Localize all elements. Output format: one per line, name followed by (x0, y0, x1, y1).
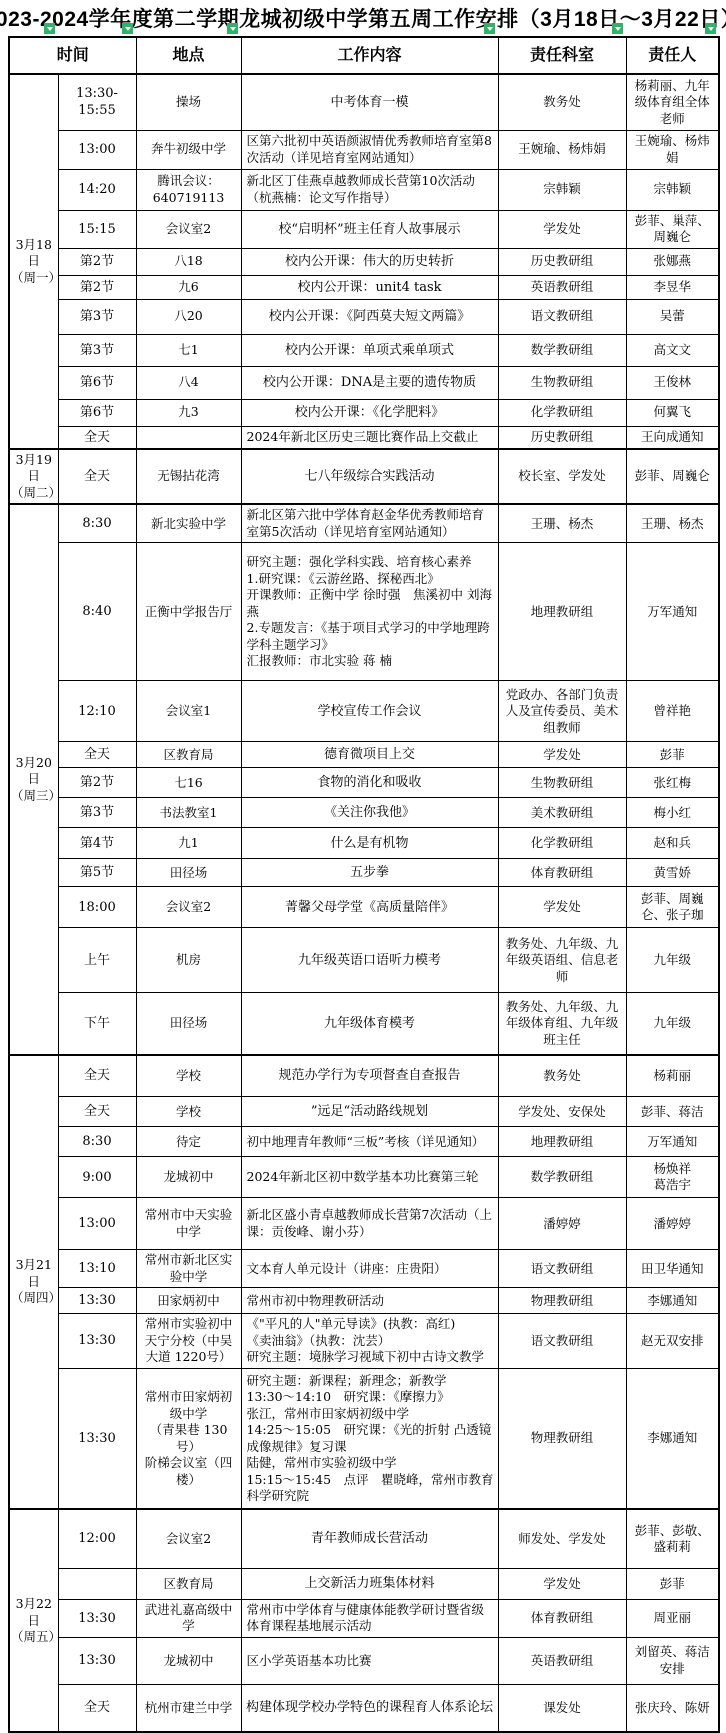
person-cell[interactable]: 赵和兵 (626, 828, 719, 859)
time-cell[interactable]: 12:10 (58, 681, 136, 742)
date-cell[interactable]: 3月22日 （周五） (9, 1509, 58, 1732)
person-cell[interactable]: 赵无双安排 (626, 1314, 719, 1369)
dept-cell[interactable]: 生物教研组 (498, 366, 626, 399)
table-row: 13:30常州市实验初中天宁分校（中吴大道 1220号）《"平凡的人"单元导读》… (9, 1314, 719, 1369)
person-cell[interactable]: 王俊林 (626, 366, 719, 399)
place-cell[interactable]: 书法教室1 (136, 798, 241, 828)
place-cell[interactable]: 八4 (136, 366, 241, 399)
header-place[interactable]: 地点 (136, 37, 241, 74)
table-row: 全天2024年新北区历史三题比赛作品上交截止历史教研组王向成通知 (9, 426, 719, 449)
time-cell[interactable] (58, 1568, 136, 1599)
place-cell[interactable]: 奔牛初级中学 (136, 130, 241, 169)
content-cell[interactable]: 新北区丁佳燕卓越教师成长营第10次活动（杭燕楠：论文写作指导） (241, 169, 498, 210)
place-cell[interactable]: 杭州市建兰中学 (136, 1684, 241, 1732)
person-cell[interactable]: 李娜通知 (626, 1288, 719, 1314)
person-cell[interactable]: 梅小红 (626, 798, 719, 828)
time-cell[interactable]: 第2节 (58, 248, 136, 275)
time-cell[interactable]: 13:30 (58, 1288, 136, 1314)
table-row: 第4节九1什么是有机物化学教研组赵和兵 (9, 828, 719, 859)
place-cell[interactable]: 田径场 (136, 993, 241, 1055)
person-cell[interactable]: 张娜燕 (626, 248, 719, 275)
dept-cell[interactable]: 语文教研组 (498, 1250, 626, 1288)
time-cell[interactable]: 下午 (58, 993, 136, 1055)
content-cell[interactable]: 食物的消化和吸收 (241, 768, 498, 798)
time-cell[interactable]: 13:10 (58, 1250, 136, 1288)
table-row: 8:30待定初中地理青年教师“三板”考核（详见通知）地理教研组万军通知 (9, 1127, 719, 1157)
time-cell[interactable]: 12:00 (58, 1509, 136, 1568)
dept-cell[interactable]: 英语教研组 (498, 1637, 626, 1684)
content-cell[interactable]: 初中地理青年教师“三板”考核（详见通知） (241, 1127, 498, 1157)
place-cell[interactable]: 腾讯会议： 640719113 (136, 169, 241, 210)
dept-cell[interactable]: 体育教研组 (498, 859, 626, 887)
date-cell[interactable]: 3月18日 （周一） (9, 74, 58, 449)
autofilter-dropdown-icon[interactable] (612, 23, 623, 34)
time-cell[interactable]: 第6节 (58, 366, 136, 399)
dept-cell[interactable]: 语文教研组 (498, 1314, 626, 1369)
table-row: 13:30田家炳初中常州市初中物理教研活动物理教研组李娜通知 (9, 1288, 719, 1314)
table-row: 第3节八20校内公开课：《阿西莫夫短文两篇》语文教研组吴蕾 (9, 299, 719, 334)
dept-cell[interactable]: 学发处 (498, 1568, 626, 1599)
content-cell[interactable]: 校内公开课：《化学肥料》 (241, 399, 498, 426)
place-cell[interactable]: 武进礼嘉高级中学 (136, 1599, 241, 1637)
place-cell[interactable]: 九1 (136, 828, 241, 859)
place-cell[interactable]: 会议室2 (136, 887, 241, 928)
header-dept[interactable]: 责任科室 (498, 37, 626, 74)
place-cell[interactable]: 九6 (136, 275, 241, 299)
person-cell[interactable]: 周亚丽 (626, 1599, 719, 1637)
person-cell[interactable]: 何翼飞 (626, 399, 719, 426)
dept-cell[interactable]: 生物教研组 (498, 768, 626, 798)
place-cell[interactable]: 区教育局 (136, 1568, 241, 1599)
dept-cell[interactable]: 学发处 (498, 887, 626, 928)
schedule-table: 时间 地点 工作内容 责任科室 责任人 3月18日 （周一）13:30- 15:… (8, 36, 720, 1733)
place-cell[interactable]: 常州市实验初中天宁分校（中吴大道 1220号） (136, 1314, 241, 1369)
person-cell[interactable]: 万军通知 (626, 1127, 719, 1157)
time-cell[interactable]: 第4节 (58, 828, 136, 859)
time-cell[interactable]: 8:40 (58, 543, 136, 681)
person-cell[interactable]: 彭菲、周巍仑 (626, 449, 719, 505)
content-cell[interactable]: 校内公开课：伟大的历史转折 (241, 248, 498, 275)
time-cell[interactable]: 15:15 (58, 210, 136, 248)
person-cell[interactable]: 李昱华 (626, 275, 719, 299)
place-cell[interactable]: 区教育局 (136, 742, 241, 768)
autofilter-dropdown-icon[interactable] (227, 23, 238, 34)
table-row: 15:15会议室2校“启明杯”班主任育人故事展示学发处彭菲、巢萍、周巍仑 (9, 210, 719, 248)
time-cell[interactable]: 全天 (58, 742, 136, 768)
content-cell[interactable]: 什么是有机物 (241, 828, 498, 859)
person-cell[interactable]: 张庆玲、陈妍 (626, 1684, 719, 1732)
place-cell[interactable]: 田径场 (136, 859, 241, 887)
table-row: 第2节七16食物的消化和吸收生物教研组张红梅 (9, 768, 719, 798)
header-content[interactable]: 工作内容 (241, 37, 498, 74)
time-cell[interactable]: 第3节 (58, 299, 136, 334)
content-cell[interactable]: 常州市初中物理教研活动 (241, 1288, 498, 1314)
table-row: 全天杭州市建兰中学构建体现学校办学特色的课程育人体系论坛课发处张庆玲、陈妍 (9, 1684, 719, 1732)
table-row: 13:10常州市新北区实验中学文本育人单元设计（讲座：庄贵阳）语文教研组田卫华通… (9, 1250, 719, 1288)
content-cell[interactable]: 校内公开课：unit4 task (241, 275, 498, 299)
person-cell[interactable]: 李娜通知 (626, 1368, 719, 1509)
time-cell[interactable]: 第6节 (58, 399, 136, 426)
dept-cell[interactable]: 物理教研组 (498, 1288, 626, 1314)
person-cell[interactable]: 吴蕾 (626, 299, 719, 334)
person-cell[interactable]: 万军通知 (626, 543, 719, 681)
autofilter-dropdown-icon[interactable] (44, 23, 55, 34)
time-cell[interactable]: 8:30 (58, 504, 136, 543)
person-cell[interactable]: 九年级 (626, 928, 719, 993)
content-cell[interactable]: 学校宣传工作会议 (241, 681, 498, 742)
content-cell[interactable]: 七八年级综合实践活动 (241, 449, 498, 505)
time-cell[interactable]: 13:30 (58, 1637, 136, 1684)
place-cell[interactable]: 常州市中天实验中学 (136, 1198, 241, 1250)
content-cell[interactable]: 青年教师成长营活动 (241, 1509, 498, 1568)
time-cell[interactable]: 上午 (58, 928, 136, 993)
place-cell[interactable]: 正衡中学报告厅 (136, 543, 241, 681)
place-cell[interactable]: 学校 (136, 1097, 241, 1127)
place-cell[interactable] (136, 426, 241, 449)
header-row: 时间 地点 工作内容 责任科室 责任人 (9, 37, 719, 74)
dept-cell[interactable]: 教务处 (498, 74, 626, 130)
date-cell[interactable]: 3月20日 （周三） (9, 504, 58, 1055)
dept-cell[interactable]: 学发处、安保处 (498, 1097, 626, 1127)
dept-cell[interactable]: 宗韩颖 (498, 169, 626, 210)
content-cell[interactable]: 上交新活力班集体材料 (241, 1568, 498, 1599)
person-cell[interactable]: 黄雪娇 (626, 859, 719, 887)
table-row: 第3节七1校内公开课：单项式乘单项式数学教研组高文文 (9, 334, 719, 366)
content-cell[interactable]: 新北区盛小青卓越教师成长营第7次活动（上课：贡俊峰、谢小芬） (241, 1198, 498, 1250)
person-cell[interactable]: 张红梅 (626, 768, 719, 798)
time-cell[interactable]: 第5节 (58, 859, 136, 887)
place-cell[interactable]: 会议室2 (136, 210, 241, 248)
time-cell[interactable]: 13:30 (58, 1314, 136, 1369)
dept-cell[interactable]: 化学教研组 (498, 828, 626, 859)
person-cell[interactable]: 杨莉丽、九年级体育组全体老师 (626, 74, 719, 130)
dept-cell[interactable]: 美术教研组 (498, 798, 626, 828)
table-row: 8:40正衡中学报告厅研究主题：强化学科实践、培育核心素养 1.研究课：《云游丝… (9, 543, 719, 681)
person-cell[interactable]: 杨莉丽 (626, 1055, 719, 1097)
time-cell[interactable]: 13:30 (58, 1599, 136, 1637)
person-cell[interactable]: 潘婷婷 (626, 1198, 719, 1250)
person-cell[interactable]: 彭菲、巢萍、周巍仑 (626, 210, 719, 248)
dept-cell[interactable]: 校长室、学发处 (498, 449, 626, 505)
person-cell[interactable]: 刘留英、蒋洁安排 (626, 1637, 719, 1684)
table-row: 3月22日 （周五）12:00会议室2青年教师成长营活动师发处、学发处彭菲、彭敬… (9, 1509, 719, 1568)
dept-cell[interactable]: 地理教研组 (498, 543, 626, 681)
time-cell[interactable]: 第2节 (58, 768, 136, 798)
content-cell[interactable]: 研究主题：新课程；新理念；新教学 13:30～14:10 研究课：《摩擦力》 张… (241, 1368, 498, 1509)
content-cell[interactable]: 九年级体育模考 (241, 993, 498, 1055)
time-cell[interactable]: 全天 (58, 449, 136, 505)
dept-cell[interactable]: 党政办、各部门负责人及宣传委员、美术组教师 (498, 681, 626, 742)
dept-cell[interactable]: 潘婷婷 (498, 1198, 626, 1250)
place-cell[interactable]: 常州市新北区实验中学 (136, 1250, 241, 1288)
content-cell[interactable]: 中考体育一模 (241, 74, 498, 130)
table-row: 上午机房九年级英语口语听力模考教务处、九年级、九年级英语组、信息老师九年级 (9, 928, 719, 993)
table-row: 3月20日 （周三）8:30新北实验中学新北区第六批中学体育赵金华优秀教师培育室… (9, 504, 719, 543)
place-cell[interactable]: 操场 (136, 74, 241, 130)
table-row: 第6节九3校内公开课：《化学肥料》化学教研组何翼飞 (9, 399, 719, 426)
time-cell[interactable]: 全天 (58, 1097, 136, 1127)
table-row: 3月18日 （周一）13:30- 15:55操场中考体育一模教务处杨莉丽、九年级… (9, 74, 719, 130)
place-cell[interactable]: 常州市田家炳初级中学 （青果巷 130号） 阶梯会议室（四楼） (136, 1368, 241, 1509)
table-row: 18:00会议室2菁馨父母学堂《高质量陪伴》学发处彭菲、周巍仑、张子珈 (9, 887, 719, 928)
table-row: 13:00奔牛初级中学区第六批初中英语颜淑情优秀教师培育室第8次活动（详见培育室… (9, 130, 719, 169)
header-time[interactable]: 时间 (9, 37, 136, 74)
table-row: 9:00龙城初中2024年新北区初中数学基本功比赛第三轮数学教研组杨焕祥 葛浩宇 (9, 1157, 719, 1198)
dept-cell[interactable]: 体育教研组 (498, 1599, 626, 1637)
table-row: 第2节九6校内公开课：unit4 task英语教研组李昱华 (9, 275, 719, 299)
table-row: 13:30武进礼嘉高级中学常州市中学体育与健康体能教学研讨暨省级体育课程基地展示… (9, 1599, 719, 1637)
person-cell[interactable]: 彭菲 (626, 742, 719, 768)
content-cell[interactable]: 校内公开课：单项式乘单项式 (241, 334, 498, 366)
content-cell[interactable]: 研究主题：强化学科实践、培育核心素养 1.研究课：《云游丝路、探秘西北》 开课教… (241, 543, 498, 681)
content-cell[interactable]: 《关注你我他》 (241, 798, 498, 828)
time-cell[interactable]: 全天 (58, 1684, 136, 1732)
spreadsheet: 2023-2024学年度第二学期龙城初级中学第五周工作安排（3月18日～3月22… (0, 0, 726, 1733)
time-cell[interactable]: 全天 (58, 1055, 136, 1097)
dept-cell[interactable]: 化学教研组 (498, 399, 626, 426)
time-cell[interactable]: 14:20 (58, 169, 136, 210)
dept-cell[interactable]: 课发处 (498, 1684, 626, 1732)
content-cell[interactable]: 菁馨父母学堂《高质量陪伴》 (241, 887, 498, 928)
person-cell[interactable]: 彭菲、彭敬、盛莉莉 (626, 1509, 719, 1568)
table-row: 全天学校”远足“活动路线规划学发处、安保处彭菲、蒋洁 (9, 1097, 719, 1127)
dept-cell[interactable]: 教务处 (498, 1055, 626, 1097)
time-cell[interactable]: 第3节 (58, 334, 136, 366)
table-row: 3月19日 （周二）全天无锡拈花湾七八年级综合实践活动校长室、学发处彭菲、周巍仑 (9, 449, 719, 505)
table-row: 14:20腾讯会议： 640719113新北区丁佳燕卓越教师成长营第10次活动（… (9, 169, 719, 210)
table-row: 第5节田径场五步拳体育教研组黄雪娇 (9, 859, 719, 887)
content-cell[interactable]: 五步拳 (241, 859, 498, 887)
table-row: 第3节书法教室1《关注你我他》美术教研组梅小红 (9, 798, 719, 828)
dept-cell[interactable]: 数学教研组 (498, 1157, 626, 1198)
content-cell[interactable]: 校内公开课：DNA是主要的遗传物质 (241, 366, 498, 399)
dept-cell[interactable]: 王珊、杨杰 (498, 504, 626, 543)
schedule-body: 3月18日 （周一）13:30- 15:55操场中考体育一模教务处杨莉丽、九年级… (9, 74, 719, 1732)
dept-cell[interactable]: 地理教研组 (498, 1127, 626, 1157)
place-cell[interactable]: 会议室1 (136, 681, 241, 742)
content-cell[interactable]: 文本育人单元设计（讲座：庄贵阳） (241, 1250, 498, 1288)
dept-cell[interactable]: 师发处、学发处 (498, 1509, 626, 1568)
autofilter-dropdown-icon[interactable] (484, 23, 495, 34)
content-cell[interactable]: 2024年新北区初中数学基本功比赛第三轮 (241, 1157, 498, 1198)
content-cell[interactable]: 规范办学行为专项督查自查报告 (241, 1055, 498, 1097)
content-cell[interactable]: 2024年新北区历史三题比赛作品上交截止 (241, 426, 498, 449)
content-cell[interactable]: 《"平凡的人"单元导读》(执教：高红) 《卖油翁》（执教：沈芸） 研究主题：境脉… (241, 1314, 498, 1369)
place-cell[interactable]: 新北实验中学 (136, 504, 241, 543)
table-row: 下午田径场九年级体育模考教务处、九年级、九年级体育组、九年级班主任九年级 (9, 993, 719, 1055)
table-row: 区教育局上交新活力班集体材料学发处彭菲 (9, 1568, 719, 1599)
dept-cell[interactable]: 教务处、九年级、九年级英语组、信息老师 (498, 928, 626, 993)
table-row: 12:10会议室1学校宣传工作会议党政办、各部门负责人及宣传委员、美术组教师曾祥… (9, 681, 719, 742)
place-cell[interactable]: 八18 (136, 248, 241, 275)
title-band: 2023-2024学年度第二学期龙城初级中学第五周工作安排（3月18日～3月22… (0, 0, 726, 36)
dept-cell[interactable]: 语文教研组 (498, 299, 626, 334)
table-row: 第6节八4校内公开课：DNA是主要的遗传物质生物教研组王俊林 (9, 366, 719, 399)
table-row: 13:00常州市中天实验中学新北区盛小青卓越教师成长营第7次活动（上课：贡俊峰、… (9, 1198, 719, 1250)
person-cell[interactable]: 宗韩颖 (626, 169, 719, 210)
place-cell[interactable]: 待定 (136, 1127, 241, 1157)
dept-cell[interactable]: 教务处、九年级、九年级体育组、九年级班主任 (498, 993, 626, 1055)
content-cell[interactable]: 新北区第六批中学体育赵金华优秀教师培育室第5次活动（详见培育室网站通知） (241, 504, 498, 543)
place-cell[interactable]: 九3 (136, 399, 241, 426)
time-cell[interactable]: 9:00 (58, 1157, 136, 1198)
place-cell[interactable]: 机房 (136, 928, 241, 993)
place-cell[interactable]: 田家炳初中 (136, 1288, 241, 1314)
time-cell[interactable]: 13:00 (58, 130, 136, 169)
time-cell[interactable]: 18:00 (58, 887, 136, 928)
person-cell[interactable]: 田卫华通知 (626, 1250, 719, 1288)
date-cell[interactable]: 3月21日 （周四） (9, 1055, 58, 1510)
place-cell[interactable]: 八20 (136, 299, 241, 334)
dept-cell[interactable]: 王婉瑜、杨炜娟 (498, 130, 626, 169)
content-cell[interactable]: 常州市中学体育与健康体能教学研讨暨省级体育课程基地展示活动 (241, 1599, 498, 1637)
content-cell[interactable]: 校“启明杯”班主任育人故事展示 (241, 210, 498, 248)
person-cell[interactable]: 彭菲、蒋洁 (626, 1097, 719, 1127)
place-cell[interactable]: 无锡拈花湾 (136, 449, 241, 505)
content-cell[interactable]: 区第六批初中英语颜淑情优秀教师培育室第8次活动（详见培育室网站通知） (241, 130, 498, 169)
dept-cell[interactable]: 历史教研组 (498, 248, 626, 275)
date-cell[interactable]: 3月19日 （周二） (9, 449, 58, 505)
time-cell[interactable]: 8:30 (58, 1127, 136, 1157)
place-cell[interactable]: 七1 (136, 334, 241, 366)
time-cell[interactable]: 13:00 (58, 1198, 136, 1250)
content-cell[interactable]: 构建体现学校办学特色的课程育人体系论坛 (241, 1684, 498, 1732)
content-cell[interactable]: ”远足“活动路线规划 (241, 1097, 498, 1127)
time-cell[interactable]: 第2节 (58, 275, 136, 299)
person-cell[interactable]: 彭菲 (626, 1568, 719, 1599)
place-cell[interactable]: 龙城初中 (136, 1157, 241, 1198)
person-cell[interactable]: 高文文 (626, 334, 719, 366)
place-cell[interactable]: 七16 (136, 768, 241, 798)
table-row: 13:30常州市田家炳初级中学 （青果巷 130号） 阶梯会议室（四楼）研究主题… (9, 1368, 719, 1509)
dept-cell[interactable]: 英语教研组 (498, 275, 626, 299)
dept-cell[interactable]: 学发处 (498, 742, 626, 768)
person-cell[interactable]: 王珊、杨杰 (626, 504, 719, 543)
person-cell[interactable]: 九年级 (626, 993, 719, 1055)
dept-cell[interactable]: 物理教研组 (498, 1368, 626, 1509)
person-cell[interactable]: 彭菲、周巍仑、张子珈 (626, 887, 719, 928)
dept-cell[interactable]: 数学教研组 (498, 334, 626, 366)
time-cell[interactable]: 全天 (58, 426, 136, 449)
time-cell[interactable]: 第3节 (58, 798, 136, 828)
content-cell[interactable]: 区小学英语基本功比赛 (241, 1637, 498, 1684)
time-cell[interactable]: 13:30- 15:55 (58, 74, 136, 130)
person-cell[interactable]: 杨焕祥 葛浩宇 (626, 1157, 719, 1198)
time-cell[interactable]: 13:30 (58, 1368, 136, 1509)
table-row: 第2节八18校内公开课：伟大的历史转折历史教研组张娜燕 (9, 248, 719, 275)
table-row: 全天区教育局德育微项目上交学发处彭菲 (9, 742, 719, 768)
table-row: 3月21日 （周四）全天学校规范办学行为专项督查自查报告教务处杨莉丽 (9, 1055, 719, 1097)
content-cell[interactable]: 校内公开课：《阿西莫夫短文两篇》 (241, 299, 498, 334)
person-cell[interactable]: 王婉瑜、杨炜娟 (626, 130, 719, 169)
dept-cell[interactable]: 学发处 (498, 210, 626, 248)
autofilter-dropdown-icon[interactable] (122, 23, 133, 34)
place-cell[interactable]: 学校 (136, 1055, 241, 1097)
content-cell[interactable]: 九年级英语口语听力模考 (241, 928, 498, 993)
place-cell[interactable]: 龙城初中 (136, 1637, 241, 1684)
content-cell[interactable]: 德育微项目上交 (241, 742, 498, 768)
person-cell[interactable]: 王向成通知 (626, 426, 719, 449)
header-person[interactable]: 责任人 (626, 37, 719, 74)
place-cell[interactable]: 会议室2 (136, 1509, 241, 1568)
table-row: 13:30龙城初中区小学英语基本功比赛英语教研组刘留英、蒋洁安排 (9, 1637, 719, 1684)
autofilter-dropdown-icon[interactable] (705, 23, 716, 34)
dept-cell[interactable]: 历史教研组 (498, 426, 626, 449)
person-cell[interactable]: 曾祥艳 (626, 681, 719, 742)
